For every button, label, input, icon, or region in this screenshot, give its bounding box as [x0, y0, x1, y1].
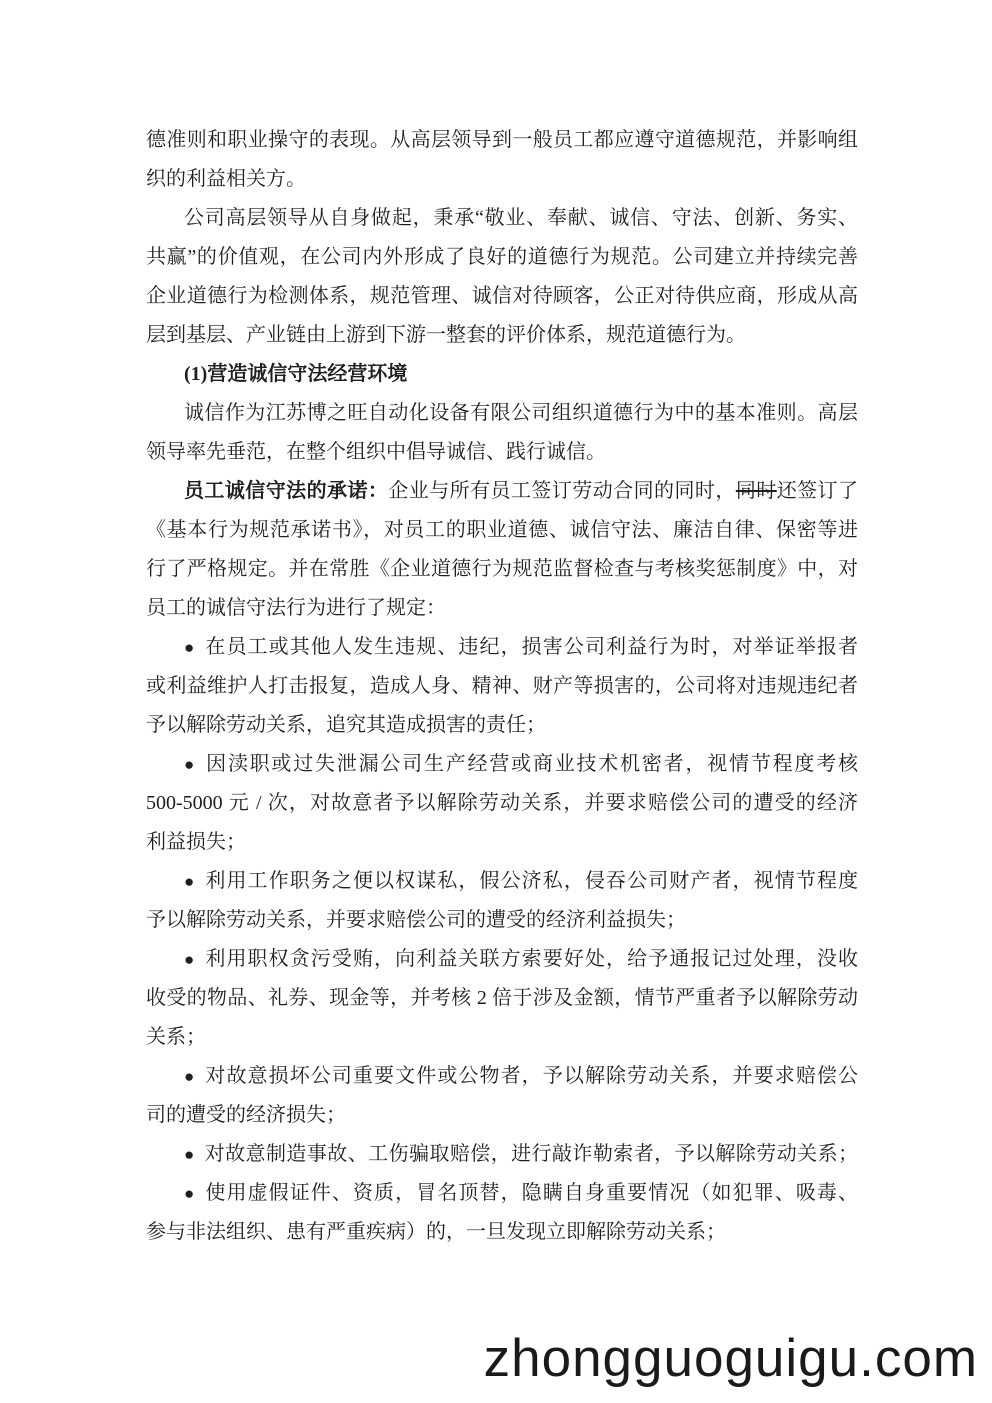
text-line: 诚信作为江苏博之旺自动化设备有限公司组织道德行为中的基本准则。高层	[146, 394, 858, 433]
body-text: 德准则和职业操守的表现。从高层领导到一般员工都应遵守道德规范，并影响组	[146, 129, 858, 151]
text-line: (1)营造诚信守法经营环境	[146, 355, 858, 394]
body-text: 领导率先垂范，在整个组织中倡导诚信、践行诚信。	[146, 441, 606, 463]
text-line: 层到基层、产业链由上游到下游一整套的评价体系，规范道德行为。	[146, 316, 858, 355]
bullet-line: ●对故意制造事故、工伤骗取赔偿，进行敲诈勒索者，予以解除劳动关系；	[146, 1135, 858, 1174]
bold-text: (1)营造诚信守法经营环境	[184, 363, 407, 385]
body-text: 利用工作职务之便以权谋私，假公济私，侵吞公司财产者，视情节程度	[205, 870, 858, 892]
text-line: 或利益维护人打击报复，造成人身、精神、财产等损害的，公司将对违规违纪者	[146, 667, 858, 706]
body-text: 参与非法组织、患有严重疾病）的，一旦发现立即解除劳动关系；	[146, 1221, 726, 1243]
text-line: 共赢”的价值观，在公司内外形成了良好的道德行为规范。公司建立并持续完善	[146, 238, 858, 277]
bullet-icon: ●	[184, 1184, 195, 1203]
document-page: 德准则和职业操守的表现。从高层领导到一般员工都应遵守道德规范，并影响组织的利益相…	[0, 0, 992, 1403]
body-text: 司的遭受的经济损失；	[146, 1104, 346, 1126]
bullet-icon: ●	[184, 950, 195, 969]
text-line: 德准则和职业操守的表现。从高层领导到一般员工都应遵守道德规范，并影响组	[146, 121, 858, 160]
body-text: 予以解除劳动关系，追究其造成损害的责任；	[146, 714, 546, 736]
body-text: 对故意损坏公司重要文件或公物者，予以解除劳动关系，并要求赔偿公	[205, 1065, 858, 1087]
bullet-line: ●使用虚假证件、资质，冒名顶替，隐瞒自身重要情况（如犯罪、吸毒、	[146, 1174, 858, 1213]
text-line: 织的利益相关方。	[146, 160, 858, 199]
body-text: 层到基层、产业链由上游到下游一整套的评价体系，规范道德行为。	[146, 324, 746, 346]
text-line: 领导率先垂范，在整个组织中倡导诚信、践行诚信。	[146, 433, 858, 472]
struck-text: 同时	[736, 480, 777, 502]
text-line: 员工诚信守法的承诺：企业与所有员工签订劳动合同的同时，同时还签订了	[146, 472, 858, 511]
watermark-text: zhongguoguigu.com	[484, 1328, 978, 1389]
body-text: 使用虚假证件、资质，冒名顶替，隐瞒自身重要情况（如犯罪、吸毒、	[205, 1182, 858, 1204]
text-line: 企业道德行为检测体系，规范管理、诚信对待顾客，公正对待供应商，形成从高	[146, 277, 858, 316]
body-text: 诚信作为江苏博之旺自动化设备有限公司组织道德行为中的基本准则。高层	[184, 402, 858, 424]
text-line: 予以解除劳动关系，并要求赔偿公司的遭受的经济利益损失；	[146, 901, 858, 940]
body-text: 予以解除劳动关系，并要求赔偿公司的遭受的经济利益损失；	[146, 909, 686, 931]
body-text: 企业与所有员工签订劳动合同的同时，	[388, 480, 735, 502]
bullet-line: ●因渎职或过失泄漏公司生产经营或商业技术机密者，视情节程度考核	[146, 745, 858, 784]
text-line: 利益损失；	[146, 823, 858, 862]
bullet-icon: ●	[184, 1145, 195, 1164]
bullet-line: ●在员工或其他人发生违规、违纪，损害公司利益行为时，对举证举报者	[146, 628, 858, 667]
bullet-line: ●对故意损坏公司重要文件或公物者，予以解除劳动关系，并要求赔偿公	[146, 1057, 858, 1096]
body-text: 还签订了	[777, 480, 858, 502]
text-line: 关系；	[146, 1018, 858, 1057]
text-line: 收受的物品、礼券、现金等，并考核 2 倍于涉及金额，情节严重者予以解除劳动	[146, 979, 858, 1018]
bullet-icon: ●	[184, 872, 195, 891]
body-text: 员工的诚信守法行为进行了规定：	[146, 597, 446, 619]
body-text: 公司高层领导从自身做起，秉承“敬业、奉献、诚信、守法、创新、务实、	[184, 207, 858, 229]
bullet-line: ●利用职权贪污受贿，向利益关联方索要好处，给予通报记过处理，没收	[146, 940, 858, 979]
bullet-icon: ●	[184, 1067, 195, 1086]
text-line: 500-5000 元 / 次，对故意者予以解除劳动关系，并要求赔偿公司的遭受的经…	[146, 784, 858, 823]
text-line: 《基本行为规范承诺书》，对员工的职业道德、诚信守法、廉洁自律、保密等进	[146, 511, 858, 550]
body-text: 或利益维护人打击报复，造成人身、精神、财产等损害的，公司将对违规违纪者	[146, 675, 858, 697]
bullet-icon: ●	[184, 638, 195, 657]
body-text: 500-5000 元 / 次，对故意者予以解除劳动关系，并要求赔偿公司的遭受的经…	[146, 792, 858, 814]
body-text: 《基本行为规范承诺书》，对员工的职业道德、诚信守法、廉洁自律、保密等进	[146, 519, 858, 541]
text-line: 行了严格规定。并在常胜《企业道德行为规范监督检查与考核奖惩制度》中，对	[146, 550, 858, 589]
body-text: 织的利益相关方。	[146, 168, 306, 190]
body-text: 利用职权贪污受贿，向利益关联方索要好处，给予通报记过处理，没收	[205, 948, 858, 970]
text-line: 员工的诚信守法行为进行了规定：	[146, 589, 858, 628]
body-text: 收受的物品、礼券、现金等，并考核 2 倍于涉及金额，情节严重者予以解除劳动	[146, 987, 858, 1009]
text-line: 公司高层领导从自身做起，秉承“敬业、奉献、诚信、守法、创新、务实、	[146, 199, 858, 238]
document-body: 德准则和职业操守的表现。从高层领导到一般员工都应遵守道德规范，并影响组织的利益相…	[146, 121, 858, 1252]
body-text: 共赢”的价值观，在公司内外形成了良好的道德行为规范。公司建立并持续完善	[146, 246, 858, 268]
body-text: 在员工或其他人发生违规、违纪，损害公司利益行为时，对举证举报者	[205, 636, 858, 658]
body-text: 因渎职或过失泄漏公司生产经营或商业技术机密者，视情节程度考核	[206, 753, 858, 775]
body-text: 对故意制造事故、工伤骗取赔偿，进行敲诈勒索者，予以解除劳动关系；	[205, 1143, 858, 1165]
body-text: 行了严格规定。并在常胜《企业道德行为规范监督检查与考核奖惩制度》中，对	[146, 558, 858, 580]
text-line: 予以解除劳动关系，追究其造成损害的责任；	[146, 706, 858, 745]
bullet-line: ●利用工作职务之便以权谋私，假公济私，侵吞公司财产者，视情节程度	[146, 862, 858, 901]
bullet-icon: ●	[184, 755, 196, 774]
text-line: 参与非法组织、患有严重疾病）的，一旦发现立即解除劳动关系；	[146, 1213, 858, 1252]
bold-text: 员工诚信守法的承诺：	[184, 480, 388, 502]
body-text: 利益损失；	[146, 831, 246, 853]
body-text: 关系；	[146, 1026, 206, 1048]
text-line: 司的遭受的经济损失；	[146, 1096, 858, 1135]
body-text: 企业道德行为检测体系，规范管理、诚信对待顾客，公正对待供应商，形成从高	[146, 285, 858, 307]
